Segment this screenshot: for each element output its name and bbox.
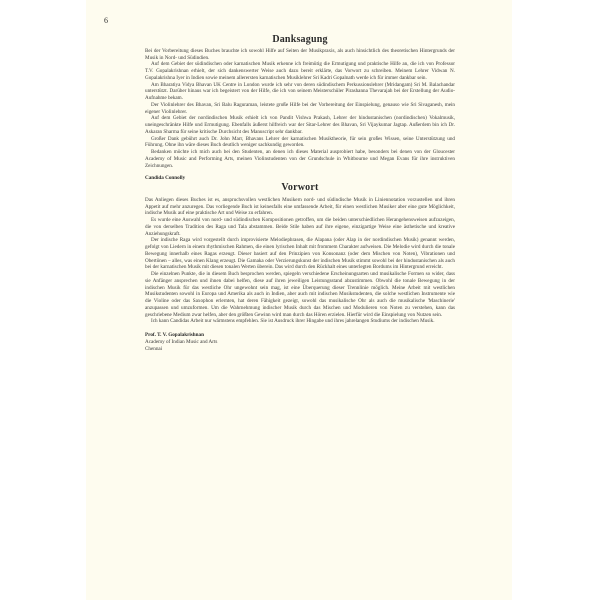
ack-paragraph: Auf dem Gebiet der nordindischen Musik e… <box>145 115 455 135</box>
foreword-paragraph: Ich kann Candidas Arbeit nur wärmstens e… <box>145 318 455 325</box>
ack-paragraph: Am Bharatiya Vidya Bhavan UK Centre in L… <box>145 82 455 102</box>
book-page: 6 Danksagung Bei der Vorbereitung dieses… <box>86 0 512 600</box>
foreword-body: Das Anliegen dieses Buches ist es, anspr… <box>145 197 455 325</box>
ack-paragraph: Bei der Vorbereitung dieses Buches brauc… <box>145 48 455 62</box>
acknowledgements-title: Danksagung <box>145 37 455 44</box>
foreword-affiliation: Academy of Indian Music and Arts <box>145 339 455 346</box>
foreword-paragraph: Es wurde eine Auswahl von nord- und südi… <box>145 217 455 237</box>
ack-paragraph: Auf dem Gebiet der südindischen oder kar… <box>145 61 455 81</box>
foreword-paragraph: Der indische Raga wird vorgestellt durch… <box>145 237 455 271</box>
foreword-title: Vorwort <box>145 185 455 192</box>
ack-paragraph: Der Violinlehrer des Bhavan, Sri Balu Ra… <box>145 102 455 116</box>
ack-signature: Candida Connolly <box>145 175 455 182</box>
page-content: Danksagung Bei der Vorbereitung dieses B… <box>145 37 455 352</box>
foreword-signature: Prof. T. V. Gopalakrishnan <box>145 332 455 339</box>
page-number: 6 <box>104 16 108 25</box>
acknowledgements-body: Bei der Vorbereitung dieses Buches brauc… <box>145 48 455 170</box>
ack-paragraph: Bedanken möchte ich mich auch bei den St… <box>145 149 455 169</box>
foreword-paragraph: Das Anliegen dieses Buches ist es, anspr… <box>145 197 455 217</box>
foreword-city: Chennai <box>145 346 455 353</box>
ack-paragraph: Großer Dank gebührt auch Dr. John Marr, … <box>145 136 455 150</box>
foreword-paragraph: Die einzelnen Punkte, die in diesem Buch… <box>145 271 455 318</box>
